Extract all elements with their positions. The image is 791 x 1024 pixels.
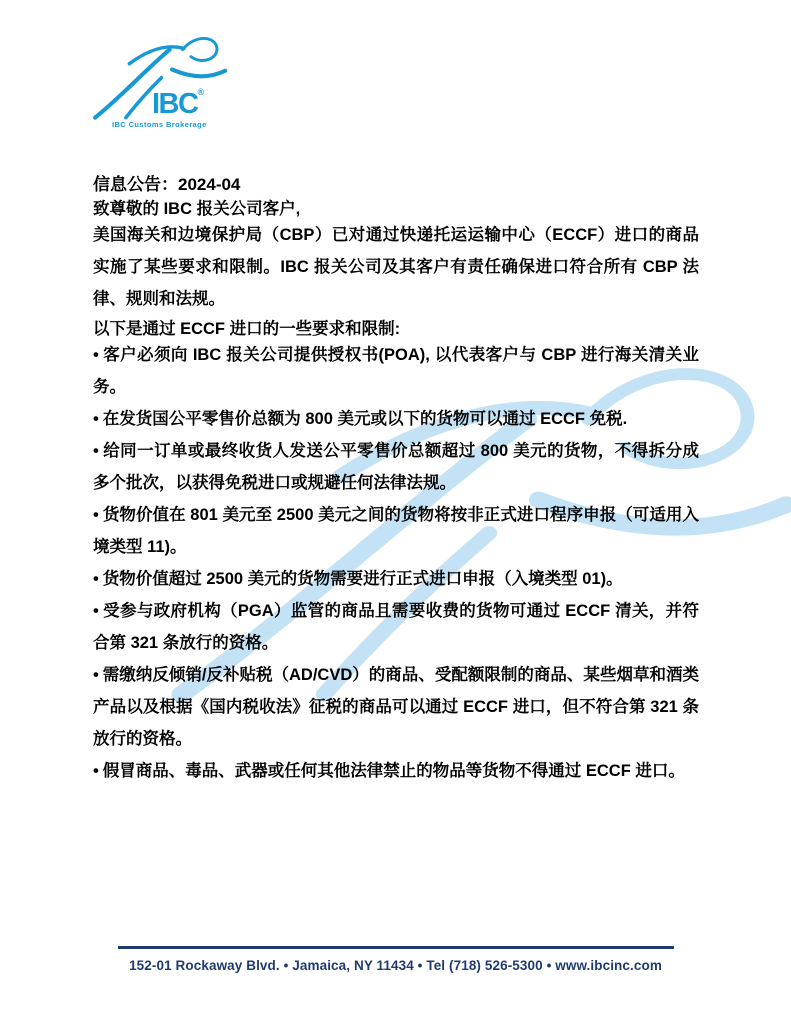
bullet-text: 在发货国公平零售价总额为 800 美元或以下的货物可以通过 ECCF 免税. bbox=[103, 410, 627, 428]
bullet-item: •货物价值在 801 美元至 2500 美元之间的货物将按非正式进口程序申报（可… bbox=[93, 499, 699, 563]
bullet-marker: • bbox=[93, 346, 103, 364]
bullet-text: 货物价值超过 2500 美元的货物需要进行正式进口申报（入境类型 01)。 bbox=[103, 570, 623, 588]
bullet-marker: • bbox=[93, 506, 103, 524]
bulletin-number: 信息公告：2024-04 bbox=[93, 170, 699, 195]
logo-tagline: IBC Customs Brokerage bbox=[112, 120, 207, 129]
footer-divider bbox=[118, 946, 674, 949]
bullet-marker: • bbox=[93, 410, 103, 428]
logo-name: IBC bbox=[152, 88, 197, 120]
bullet-item: •在发货国公平零售价总额为 800 美元或以下的货物可以通过 ECCF 免税. bbox=[93, 403, 699, 435]
bullet-item: •假冒商品、毒品、武器或任何其他法律禁止的物品等货物不得通过 ECCF 进口。 bbox=[93, 755, 699, 787]
bullet-item: •客户必须向 IBC 报关公司提供授权书(POA), 以代表客户与 CBP 进行… bbox=[93, 339, 699, 403]
letter-body: 信息公告：2024-04 致尊敬的 IBC 报关公司客户, 美国海关和边境保护局… bbox=[93, 170, 699, 787]
bullet-text: 货物价值在 801 美元至 2500 美元之间的货物将按非正式进口程序申报（可适… bbox=[93, 506, 699, 556]
bullet-text: 需缴纳反倾销/反补贴税（AD/CVD）的商品、受配额限制的商品、某些烟草和酒类产… bbox=[93, 666, 699, 748]
bullet-marker: • bbox=[93, 570, 103, 588]
bullet-item: •需缴纳反倾销/反补贴税（AD/CVD）的商品、受配额限制的商品、某些烟草和酒类… bbox=[93, 659, 699, 755]
bullet-item: •货物价值超过 2500 美元的货物需要进行正式进口申报（入境类型 01)。 bbox=[93, 563, 699, 595]
bullet-marker: • bbox=[93, 666, 103, 684]
registered-trademark-symbol: ® bbox=[197, 87, 204, 97]
bullet-text: 客户必须向 IBC 报关公司提供授权书(POA), 以代表客户与 CBP 进行海… bbox=[93, 346, 699, 396]
bullet-item: •受参与政府机构（PGA）监管的商品且需要收费的货物可通过 ECCF 清关，并符… bbox=[93, 595, 699, 659]
bullet-text: 假冒商品、毒品、武器或任何其他法律禁止的物品等货物不得通过 ECCF 进口。 bbox=[103, 762, 685, 780]
bullet-marker: • bbox=[93, 602, 103, 620]
footer-contact-line: 152-01 Rockaway Blvd. • Jamaica, NY 1143… bbox=[0, 958, 791, 973]
bullet-marker: • bbox=[93, 442, 103, 460]
intro-paragraph: 美国海关和边境保护局（CBP）已对通过快递托运运输中心（ECCF）进口的商品实施… bbox=[93, 219, 699, 315]
bullet-text: 受参与政府机构（PGA）监管的商品且需要收费的货物可通过 ECCF 清关，并符合… bbox=[93, 602, 699, 652]
greeting: 致尊敬的 IBC 报关公司客户, bbox=[93, 195, 699, 219]
page: IBC® IBC Customs Brokerage 信息公告：2024-04 … bbox=[0, 0, 791, 1024]
bullet-item: •给同一订单或最终收货人发送公平零售价总额超过 800 美元的货物，不得拆分成多… bbox=[93, 435, 699, 499]
logo-wordmark: IBC® bbox=[152, 88, 204, 119]
bullet-text: 给同一订单或最终收货人发送公平零售价总额超过 800 美元的货物，不得拆分成多个… bbox=[93, 442, 699, 492]
footer: 152-01 Rockaway Blvd. • Jamaica, NY 1143… bbox=[0, 946, 791, 973]
company-logo: IBC® IBC Customs Brokerage bbox=[94, 32, 254, 144]
list-intro: 以下是通过 ECCF 进口的一些要求和限制: bbox=[93, 315, 699, 339]
bullet-marker: • bbox=[93, 762, 103, 780]
